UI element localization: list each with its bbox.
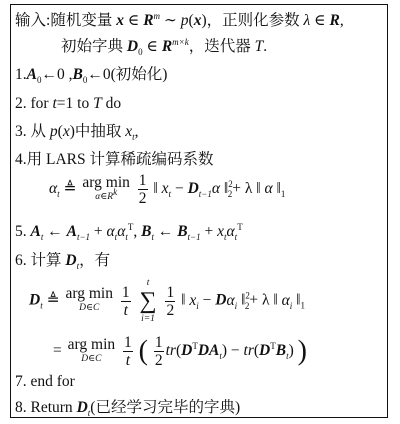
input-line-2: 初始字典 D0 ∈ Rm×k，迭代器 T.: [61, 37, 267, 57]
step-1: 1.A0←0 ,B0←0(初始化): [15, 65, 167, 85]
algorithm-box: 输入:随机变量 x ∈ Rm ∼ p(x)，正则化参数 λ ∈ R, 初始字典 …: [10, 4, 388, 418]
step-5: 5. At ← At−1 + αtαtT, Bt ← Bt−1 + xtαtT: [15, 222, 243, 242]
input-line-1: 输入:随机变量 x ∈ Rm ∼ p(x)，正则化参数 λ ∈ R,: [15, 11, 344, 31]
formula-alpha-t: αt ≜ arg minα∈Rk 12 ‖ xt − Dt−1α ‖22+ λ …: [49, 172, 285, 207]
step-4: 4.用 LARS 计算稀疏编码系数: [15, 150, 214, 170]
step-7: 7. end for: [15, 372, 75, 392]
input-label: 输入:: [15, 12, 50, 29]
step-3: 3. 从 p(x)中抽取 xt,: [15, 122, 139, 142]
step-6: 6. 计算 Dt，有: [15, 251, 110, 271]
formula-dt-line-2: = arg minD∈C 1t ( 12tr(DTDAt) − tr(DTBt)…: [53, 334, 307, 369]
step-8: 8. Return Dt(已经学习完毕的字典): [15, 398, 240, 418]
step-2: 2. for t=1 to T do: [15, 94, 121, 114]
formula-dt-line-1: Dt ≜ arg minD∈C 1t t∑i=1 12 ‖ xi − Dαi ‖…: [29, 277, 305, 325]
